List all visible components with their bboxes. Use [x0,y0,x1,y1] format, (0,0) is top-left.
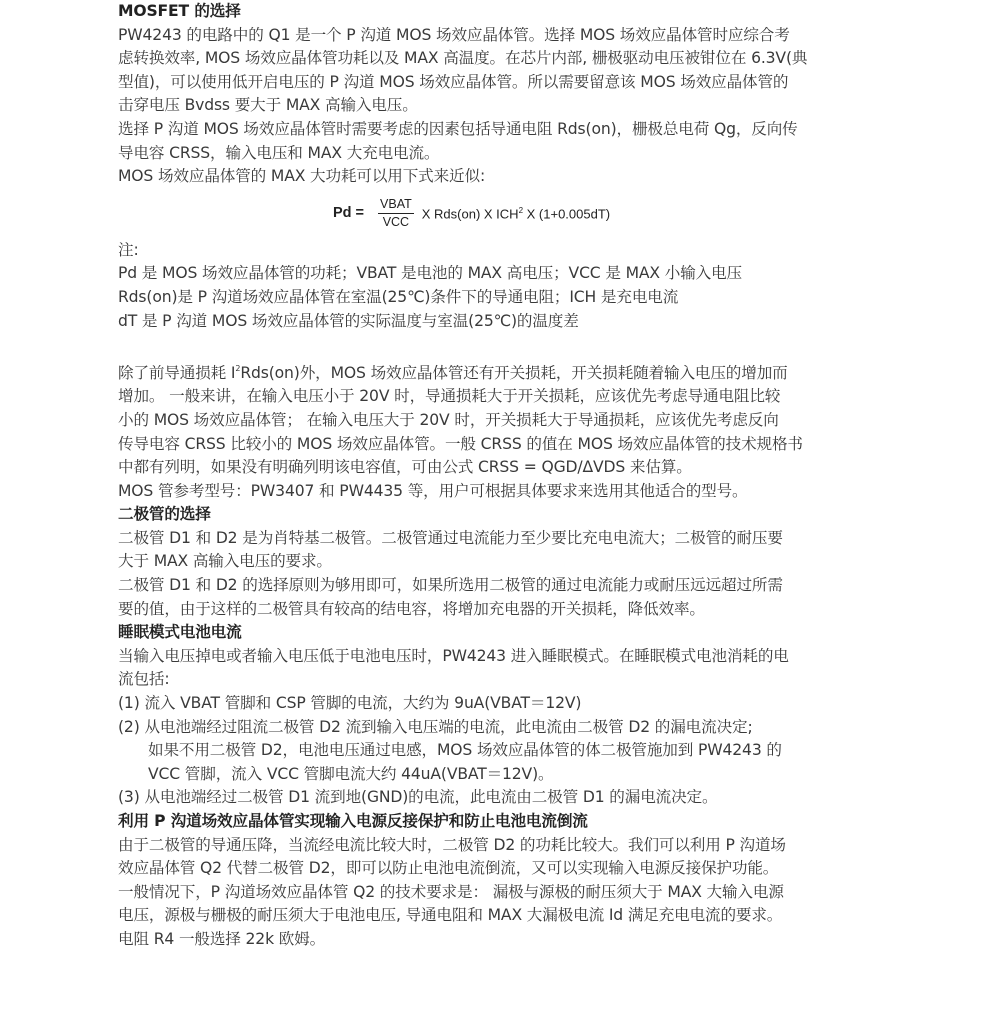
note-line: Rds(on)是 P 沟道场效应晶体管在室温(25℃)条件下的导通电阻；ICH … [118,286,863,310]
paragraph-line: 流包括: [118,668,863,692]
list-item: (2) 从电池端经过阻流二极管 D2 流到输入电压端的电流，此电流由二极管 D2… [118,716,863,740]
power-dissipation-formula: Pd = VBAT VCC X Rds(on) X ICH2 X (1+0.00… [118,191,863,237]
formula-denominator: VCC [383,214,409,230]
paragraph-line: 电阻 R4 一般选择 22k 欧姆。 [118,928,863,952]
blank-line [118,333,863,357]
paragraph-line: MOS 场效应晶体管的 MAX 大功耗可以用下式来近似: [118,165,863,189]
note-line: dT 是 P 沟道 MOS 场效应晶体管的实际温度与室温(25℃)的温度差 [118,310,863,334]
paragraph-line: 击穿电压 Bvdss 要大于 MAX 高输入电压。 [118,94,863,118]
paragraph-line: 除了前导通损耗 I2Rds(on)外，MOS 场效应晶体管还有开关损耗，开关损耗… [118,357,863,386]
text-fragment: 除了前导通损耗 I [118,364,235,382]
paragraph-line: 中都有列明，如果没有明确列明该电容值，可由公式 CRSS = QGD/ΔVDS … [118,456,863,480]
formula-numerator: VBAT [378,197,414,214]
paragraph-line: 导电容 CRSS，输入电压和 MAX 大充电电流。 [118,142,863,166]
text-fragment: Rds(on)外，MOS 场效应晶体管还有开关损耗，开关损耗随着输入电压的增加而 [240,364,787,382]
heading-sleep-mode-current: 睡眠模式电池电流 [118,621,863,645]
list-item-continuation: VCC 管脚，流入 VCC 管脚电流大约 44uA(VBAT＝12V)。 [118,763,863,787]
paragraph-line: 效应晶体管 Q2 代替二极管 D2，即可以防止电池电流倒流，又可以实现输入电源反… [118,857,863,881]
paragraph-line: 型值)，可以使用低开启电压的 P 沟道 MOS 场效应晶体管。所以需要留意该 M… [118,71,863,95]
list-item: (3) 从电池端经过二极管 D1 流到地(GND)的电流，此电流由二极管 D1 … [118,786,863,810]
paragraph-line: 增加。 一般来讲，在输入电压小于 20V 时，导通损耗大于开关损耗，应该优先考虑… [118,385,863,409]
heading-diode-selection: 二极管的选择 [118,503,863,527]
formula-rest-a: X Rds(on) X ICH [422,206,519,221]
paragraph-line: MOS 管参考型号：PW3407 和 PW4435 等，用户可根据具体要求来选用… [118,480,863,504]
paragraph-line: 传导电容 CRSS 比较小的 MOS 场效应晶体管。一般 CRSS 的值在 MO… [118,433,863,457]
formula-fraction: VBAT VCC [378,197,414,230]
note-line: Pd 是 MOS 场效应晶体管的功耗；VBAT 是电池的 MAX 高电压；VCC… [118,262,863,286]
paragraph-line: 小的 MOS 场效应晶体管； 在输入电压大于 20V 时，开关损耗大于导通损耗，… [118,409,863,433]
list-item-continuation: 如果不用二极管 D2，电池电压通过电感，MOS 场效应晶体管的体二极管施加到 P… [118,739,863,763]
paragraph-line: 当输入电压掉电或者输入电压低于电池电压时，PW4243 进入睡眠模式。在睡眠模式… [118,645,863,669]
paragraph-line: 大于 MAX 高输入电压的要求。 [118,550,863,574]
paragraph-line: 选择 P 沟道 MOS 场效应晶体管时需要考虑的因素包括导通电阻 Rds(on)… [118,118,863,142]
heading-reverse-protection: 利用 P 沟道场效应晶体管实现输入电源反接保护和防止电池电流倒流 [118,810,863,834]
paragraph-line: 要的值，由于这样的二极管具有较高的结电容，将增加充电器的开关损耗，降低效率。 [118,598,863,622]
list-item: (1) 流入 VBAT 管脚和 CSP 管脚的电流，大约为 9uA(VBAT＝1… [118,692,863,716]
paragraph-line: 虑转换效率, MOS 场效应晶体管功耗以及 MAX 高温度。在芯片内部, 栅极驱… [118,47,863,71]
note-label: 注: [118,239,863,263]
heading-mosfet-selection: MOSFET 的选择 [118,0,863,24]
paragraph-line: 一般情况下，P 沟道场效应晶体管 Q2 的技术要求是： 漏极与源极的耐压须大于 … [118,881,863,905]
paragraph-line: 二极管 D1 和 D2 的选择原则为够用即可，如果所选用二极管的通过电流能力或耐… [118,574,863,598]
formula-lhs: Pd = [333,205,364,221]
paragraph-line: 电压，源极与栅极的耐压须大于电池电压, 导通电阻和 MAX 大漏极电流 Id 满… [118,904,863,928]
document-body: MOSFET 的选择 PW4243 的电路中的 Q1 是一个 P 沟道 MOS … [118,0,863,952]
formula-rest-b: X (1+0.005dT) [523,206,610,221]
paragraph-line: 二极管 D1 和 D2 是为肖特基二极管。二极管通过电流能力至少要比充电电流大；… [118,527,863,551]
paragraph-line: 由于二极管的导通压降，当流经电流比较大时，二极管 D2 的功耗比较大。我们可以利… [118,834,863,858]
formula-rest: X Rds(on) X ICH2 X (1+0.005dT) [422,206,610,221]
paragraph-line: PW4243 的电路中的 Q1 是一个 P 沟道 MOS 场效应晶体管。选择 M… [118,24,863,48]
